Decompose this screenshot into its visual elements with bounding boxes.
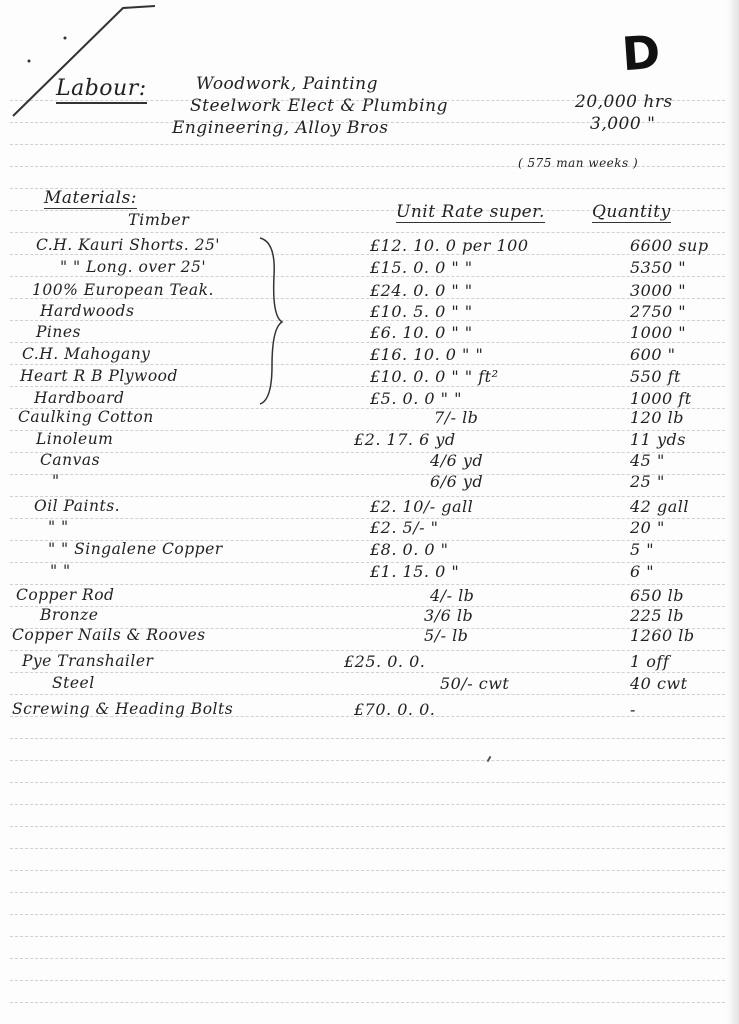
stray-pen-mark — [487, 756, 492, 762]
man-weeks-note: ( 575 man weeks ) — [518, 156, 638, 170]
material-quantity: 600 " — [630, 345, 675, 364]
ruled-line — [10, 804, 725, 805]
material-rate: £1. 15. 0 " — [370, 562, 459, 581]
material-item: Linoleum — [36, 430, 113, 448]
material-quantity: 1000 " — [630, 323, 686, 342]
ruled-line — [10, 276, 725, 277]
labour-line: Steelwork Elect & Plumbing — [190, 96, 448, 116]
rate-column-header: Unit Rate super. — [396, 202, 545, 223]
material-quantity: 1 off — [630, 652, 669, 671]
material-rate: £6. 10. 0 " " — [370, 323, 473, 342]
ruled-line — [10, 826, 725, 827]
ruled-line — [10, 254, 725, 255]
material-quantity: 3000 " — [630, 281, 686, 300]
ruled-line — [10, 848, 725, 849]
labour-line: Woodwork, Painting — [196, 74, 378, 94]
material-quantity: 6 " — [630, 562, 654, 581]
ruled-line — [10, 584, 725, 585]
labour-line: Engineering, Alloy Bros — [172, 118, 388, 138]
quantity-column-header: Quantity — [592, 202, 671, 223]
material-quantity: 2750 " — [630, 302, 686, 321]
ruled-line — [10, 606, 725, 607]
material-item: Oil Paints. — [34, 497, 120, 515]
ruled-line — [10, 342, 725, 343]
material-rate: £10. 5. 0 " " — [370, 302, 473, 321]
material-item: Pye Transhailer — [22, 652, 153, 670]
material-item: C.H. Mahogany — [22, 345, 150, 363]
ruled-line — [10, 518, 725, 519]
material-item: Copper Nails & Rooves — [12, 626, 206, 644]
timber-grouping-brace — [258, 236, 288, 406]
ruled-line — [10, 694, 725, 695]
materials-heading: Materials: — [44, 188, 137, 209]
material-quantity: 20 " — [630, 518, 665, 537]
material-quantity: - — [630, 700, 636, 719]
material-item: " " — [50, 562, 71, 580]
material-rate: £16. 10. 0 " " — [370, 345, 483, 364]
material-rate: £12. 10. 0 per 100 — [370, 236, 529, 255]
ruled-line — [10, 364, 725, 365]
material-rate: 6/6 yd — [430, 472, 483, 491]
material-item: Hardboard — [34, 389, 124, 407]
material-item: " — [52, 472, 60, 490]
page-letter: D — [620, 25, 662, 82]
material-rate: 50/- cwt — [440, 674, 509, 693]
ruled-line — [10, 386, 725, 387]
material-quantity: 42 gall — [630, 497, 689, 516]
material-rate: £24. 0. 0 " " — [370, 281, 473, 300]
ruled-line — [10, 232, 725, 233]
ruled-line — [10, 320, 725, 321]
material-item: Caulking Cotton — [18, 408, 154, 426]
ruled-line — [10, 980, 725, 981]
material-quantity: 5350 " — [630, 258, 686, 277]
material-rate: 7/- lb — [434, 408, 478, 427]
scanned-page: D Labour: Woodwork, Painting Steelwork E… — [0, 0, 739, 1024]
material-rate: £8. 0. 0 " — [370, 540, 449, 559]
ruled-line — [10, 870, 725, 871]
labour-heading: Labour: — [56, 76, 147, 104]
material-rate: £2. 17. 6 yd — [354, 430, 456, 449]
material-quantity: 6600 sup — [630, 236, 709, 255]
material-rate: £25. 0. 0. — [344, 652, 425, 671]
material-item: Hardwoods — [40, 302, 134, 320]
material-item: " " Singalene Copper — [48, 540, 223, 558]
material-rate: 4/- lb — [430, 586, 474, 605]
ruled-line — [10, 936, 725, 937]
material-quantity: 120 lb — [630, 408, 684, 427]
ruled-line — [10, 452, 725, 453]
material-rate: £5. 0. 0 " " — [370, 389, 462, 408]
material-rate: £70. 0. 0. — [354, 700, 435, 719]
ruled-line — [10, 474, 725, 475]
material-item: Copper Rod — [16, 586, 114, 604]
material-item: Screwing & Heading Bolts — [12, 700, 233, 718]
material-item: Pines — [36, 323, 81, 341]
labour-hours: 20,000 hrs — [575, 92, 673, 112]
ruled-line — [10, 672, 725, 673]
material-item: Bronze — [40, 606, 98, 624]
ruled-line — [10, 958, 725, 959]
material-item: 100% European Teak. — [32, 281, 214, 299]
material-rate: £10. 0. 0 " " ft² — [370, 367, 498, 386]
material-item: Canvas — [40, 451, 100, 469]
material-rate: 5/- lb — [424, 626, 468, 645]
ruled-line — [10, 562, 725, 563]
labour-hours: 3,000 " — [590, 114, 655, 134]
material-item: Heart R B Plywood — [20, 367, 178, 385]
ruled-line — [10, 782, 725, 783]
ruled-line — [10, 892, 725, 893]
material-rate: £2. 10/- gall — [370, 497, 473, 516]
timber-subheading: Timber — [128, 210, 189, 229]
material-quantity: 45 " — [630, 451, 665, 470]
ruled-line — [10, 914, 725, 915]
material-quantity: 650 lb — [630, 586, 684, 605]
material-quantity: 550 ft — [630, 367, 681, 386]
material-item: " " — [48, 518, 69, 536]
ruled-line — [10, 144, 725, 145]
material-quantity: 1000 ft — [630, 389, 692, 408]
paper-edge-shadow — [727, 0, 739, 1024]
ruled-line — [10, 1002, 725, 1003]
material-rate: 4/6 yd — [430, 451, 483, 470]
material-quantity: 5 " — [630, 540, 654, 559]
material-item: " " Long. over 25' — [60, 258, 206, 276]
ruled-line — [10, 738, 725, 739]
ruled-line — [10, 650, 725, 651]
material-rate: £2. 5/- " — [370, 518, 438, 537]
material-quantity: 225 lb — [630, 606, 684, 625]
material-rate: 3/6 lb — [424, 606, 473, 625]
material-quantity: 11 yds — [630, 430, 686, 449]
material-quantity: 25 " — [630, 472, 665, 491]
material-quantity: 40 cwt — [630, 674, 688, 693]
material-quantity: 1260 lb — [630, 626, 695, 645]
material-rate: £15. 0. 0 " " — [370, 258, 473, 277]
material-item: Steel — [52, 674, 95, 692]
ruled-line — [10, 760, 725, 761]
material-item: C.H. Kauri Shorts. 25' — [36, 236, 220, 254]
